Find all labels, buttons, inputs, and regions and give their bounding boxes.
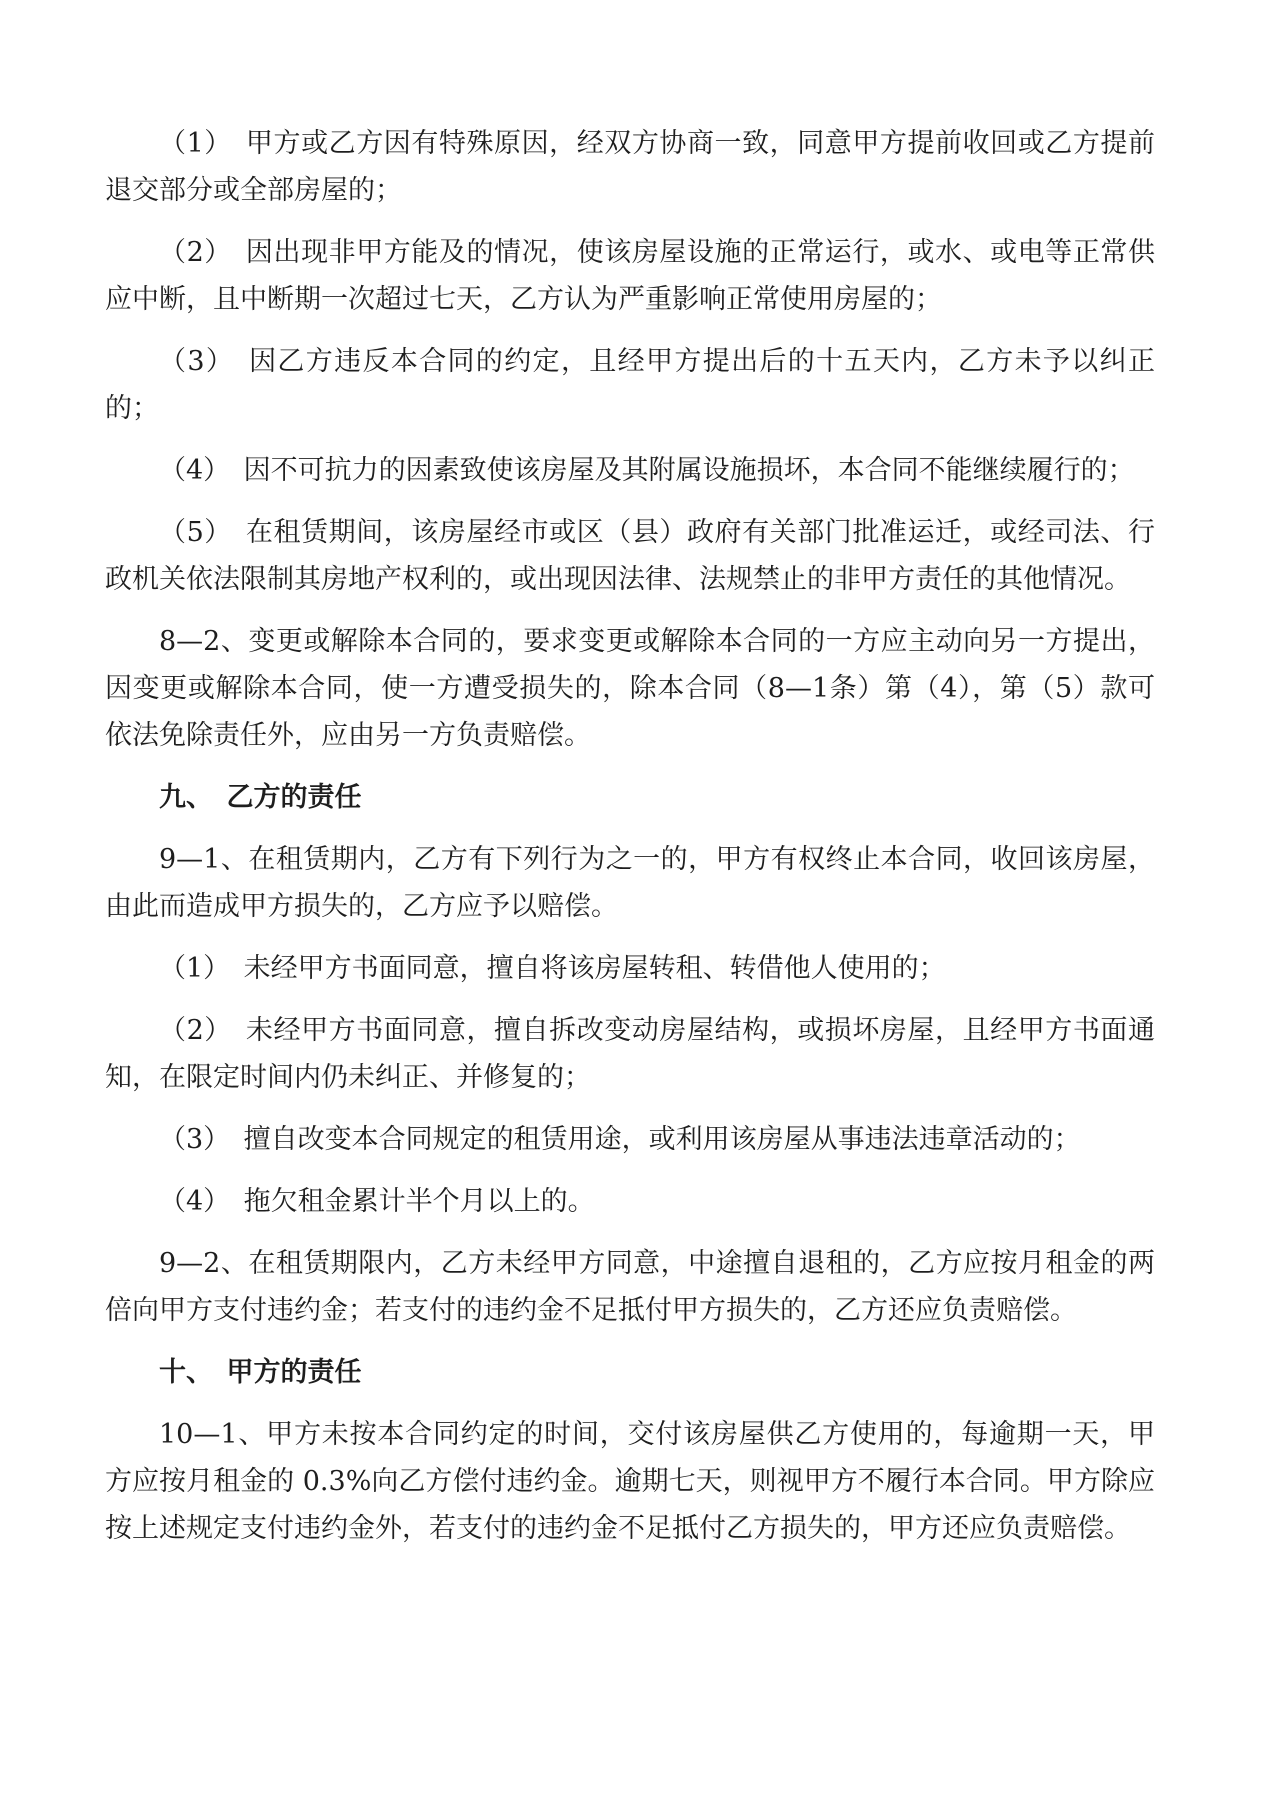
clause-8-1-item-1: （1） 甲方或乙方因有特殊原因，经双方协商一致，同意甲方提前收回或乙方提前退交部…: [105, 120, 1155, 214]
clause-8-1-item-3: （3） 因乙方违反本合同的约定，且经甲方提出后的十五天内，乙方未予以纠正的；: [105, 338, 1155, 432]
clause-8-1-item-2: （2） 因出现非甲方能及的情况，使该房屋设施的正常运行，或水、或电等正常供应中断…: [105, 229, 1155, 323]
section-heading-party-b-responsibility: 九、 乙方的责任: [105, 774, 1155, 821]
clause-9-1: 9—1、在租赁期内，乙方有下列行为之一的，甲方有权终止本合同，收回该房屋，由此而…: [105, 836, 1155, 930]
clause-8-2: 8—2、变更或解除本合同的，要求变更或解除本合同的一方应主动向另一方提出，因变更…: [105, 618, 1155, 759]
clause-8-1-item-4: （4） 因不可抗力的因素致使该房屋及其附属设施损坏，本合同不能继续履行的；: [105, 447, 1155, 494]
clause-10-1: 10—1、甲方未按本合同约定的时间，交付该房屋供乙方使用的，每逾期一天，甲方应按…: [105, 1411, 1155, 1552]
clause-9-1-item-1: （1） 未经甲方书面同意，擅自将该房屋转租、转借他人使用的；: [105, 945, 1155, 992]
clause-8-1-item-5: （5） 在租赁期间，该房屋经市或区（县）政府有关部门批准运迁，或经司法、行政机关…: [105, 509, 1155, 603]
clause-9-2: 9—2、在租赁期限内，乙方未经甲方同意，中途擅自退租的，乙方应按月租金的两倍向甲…: [105, 1240, 1155, 1334]
clause-9-1-item-3: （3） 擅自改变本合同规定的租赁用途，或利用该房屋从事违法违章活动的；: [105, 1116, 1155, 1163]
clause-9-1-item-4: （4） 拖欠租金累计半个月以上的。: [105, 1178, 1155, 1225]
section-heading-party-a-responsibility: 十、 甲方的责任: [105, 1349, 1155, 1396]
clause-9-1-item-2: （2） 未经甲方书面同意，擅自拆改变动房屋结构，或损坏房屋，且经甲方书面通知，在…: [105, 1007, 1155, 1101]
contract-document-page: （1） 甲方或乙方因有特殊原因，经双方协商一致，同意甲方提前收回或乙方提前退交部…: [0, 0, 1280, 1810]
